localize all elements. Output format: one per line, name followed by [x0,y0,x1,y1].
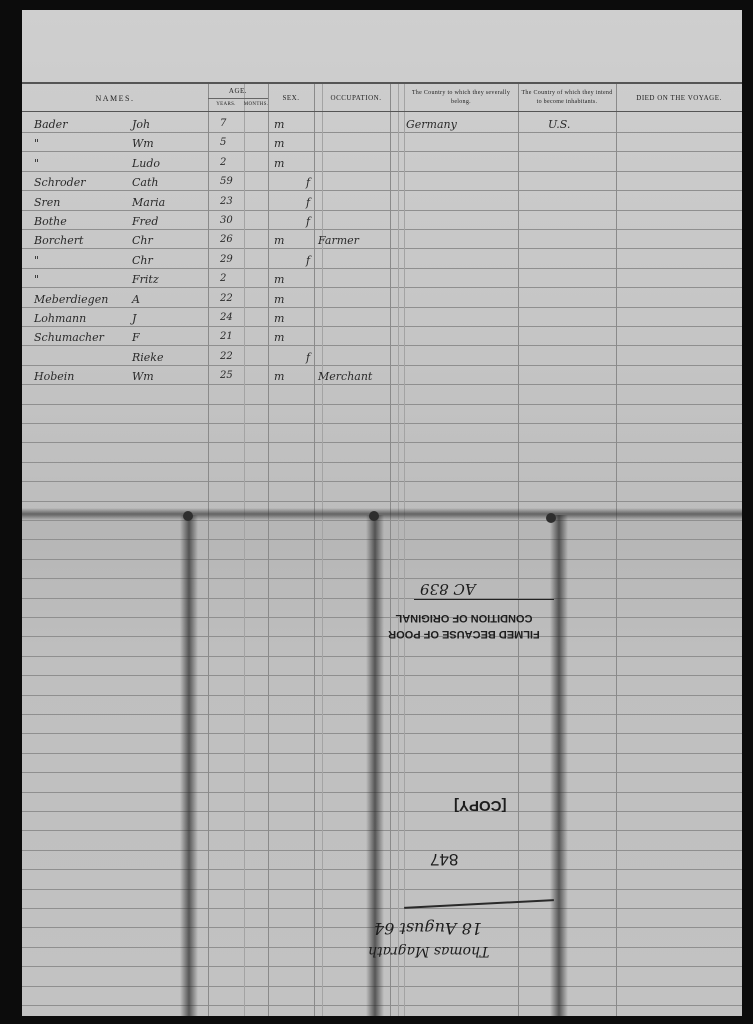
ruled-line [22,132,742,133]
age-cell: 29 [220,254,233,265]
column-divider [404,82,405,1016]
surname-cell: Lohmann [34,312,86,325]
column-divider [244,82,245,1016]
age-cell: 30 [220,215,233,226]
ruled-line [22,462,742,463]
column-divider [314,82,315,1016]
surname-cell: Hobein [34,370,74,383]
ruled-line [22,229,742,230]
manifest-page: NAMES. AGE. YEARS. MONTHS. SEX. OCCUPATI… [22,10,742,1016]
sex-cell: f [306,215,310,228]
sex-cell: f [306,254,310,267]
sex-cell: m [274,293,284,306]
binding-hole [369,511,379,521]
vertical-crease [550,515,568,1016]
binding-hole [183,511,193,521]
age-cell: 24 [220,312,233,323]
ruled-line [22,190,742,191]
given-name-cell: Fritz [132,273,159,286]
header-months: MONTHS. [244,98,268,111]
ruled-line [22,326,742,327]
binding-hole [546,513,556,523]
header-occupation: OCCUPATION. [314,84,398,112]
surname-cell: Sren [34,196,60,209]
sex-cell: m [274,157,284,170]
ruled-line [22,501,742,502]
given-name-cell: Rieke [132,351,164,364]
given-name-cell: Wm [132,370,154,383]
surname-cell: Bothe [34,215,67,228]
surname-cell: Meberdiegen [34,293,108,306]
vertical-crease [366,515,384,1016]
surname-cell: Schroder [34,176,85,189]
filmed-line-2: CONDITION OF ORIGINAL [384,610,544,626]
sex-cell: m [274,234,284,247]
sex-cell: m [274,137,284,150]
given-name-cell: Maria [132,196,165,209]
ruled-line [22,423,742,424]
ruled-line [22,210,742,211]
surname-cell: " [34,137,39,150]
filmed-stamp: FILMED BECAUSE OF POOR CONDITION OF ORIG… [384,610,544,642]
column-divider [616,82,617,1016]
given-name-cell: A [132,293,140,306]
column-divider [398,82,399,1016]
given-name-cell: Fred [132,215,158,228]
surname-cell: Schumacher [34,331,104,344]
sex-cell: m [274,370,284,383]
ruled-line [22,404,742,405]
ruled-line [22,345,742,346]
column-divider [322,82,323,1016]
sex-cell: m [274,312,284,325]
given-name-cell: Cath [132,176,158,189]
ruled-line [22,481,742,482]
occupation-cell: Farmer [318,234,359,247]
vertical-crease [180,515,198,1016]
age-cell: 23 [220,196,233,207]
age-cell: 5 [220,137,226,148]
filmed-line-1: FILMED BECAUSE OF POOR [384,626,544,642]
sex-cell: m [274,118,284,131]
ruled-line [22,287,742,288]
sex-cell: m [274,331,284,344]
copy-stamp: [COPY] [454,797,507,814]
given-name-cell: Joh [132,118,150,131]
sex-cell: m [274,273,284,286]
ruled-line [22,171,742,172]
header-country-inhabit: The Country of which they intend to beco… [518,84,616,112]
header-died: DIED ON THE VOYAGE. [616,84,742,112]
ruled-line [22,442,742,443]
age-cell: 2 [220,157,226,168]
age-cell: 59 [220,176,233,187]
occupation-cell: Merchant [318,370,372,383]
ruled-line [22,151,742,152]
given-name-cell: Chr [132,254,153,267]
given-name-cell: Chr [132,234,153,247]
ruled-line [22,248,742,249]
ruled-line [22,384,742,385]
stamp-underline [414,599,554,600]
header-sex: SEX. [268,84,314,112]
age-cell: 25 [220,370,233,381]
ruled-line [22,365,742,366]
age-cell: 7 [220,118,226,129]
signature-name: Thomas Magrath [368,943,489,959]
destination-cell: U.S. [548,118,570,131]
given-name-cell: Wm [132,137,154,150]
sex-cell: f [306,351,310,364]
age-cell: 26 [220,234,233,245]
surname-cell: " [34,273,39,286]
reference-number: AC 839 [420,580,476,598]
country-cell: Germany [406,118,457,131]
given-name-cell: Ludo [132,157,160,170]
signature-date: 18 August 64 [374,919,482,938]
age-cell: 22 [220,351,233,362]
ruled-line [22,268,742,269]
age-cell: 22 [220,293,233,304]
ruled-line [22,307,742,308]
surname-cell: " [34,157,39,170]
sex-cell: f [306,196,310,209]
given-name-cell: F [132,331,140,344]
column-divider [208,82,209,1016]
header-names: NAMES. [22,84,208,112]
surname-cell: " [34,254,39,267]
header-age: AGE. [208,84,268,98]
given-name-cell: J [132,312,136,325]
column-divider [518,82,519,1016]
age-cell: 21 [220,331,233,342]
age-cell: 2 [220,273,226,284]
surname-cell: Bader [34,118,67,131]
header-country-belong: The Country to which they severally belo… [404,84,518,112]
header-years: YEARS. [208,98,244,111]
surname-cell: Borchert [34,234,83,247]
column-divider [268,82,269,1016]
sex-cell: f [306,176,310,189]
column-divider [390,82,391,1016]
page-number: 847 [430,849,458,869]
